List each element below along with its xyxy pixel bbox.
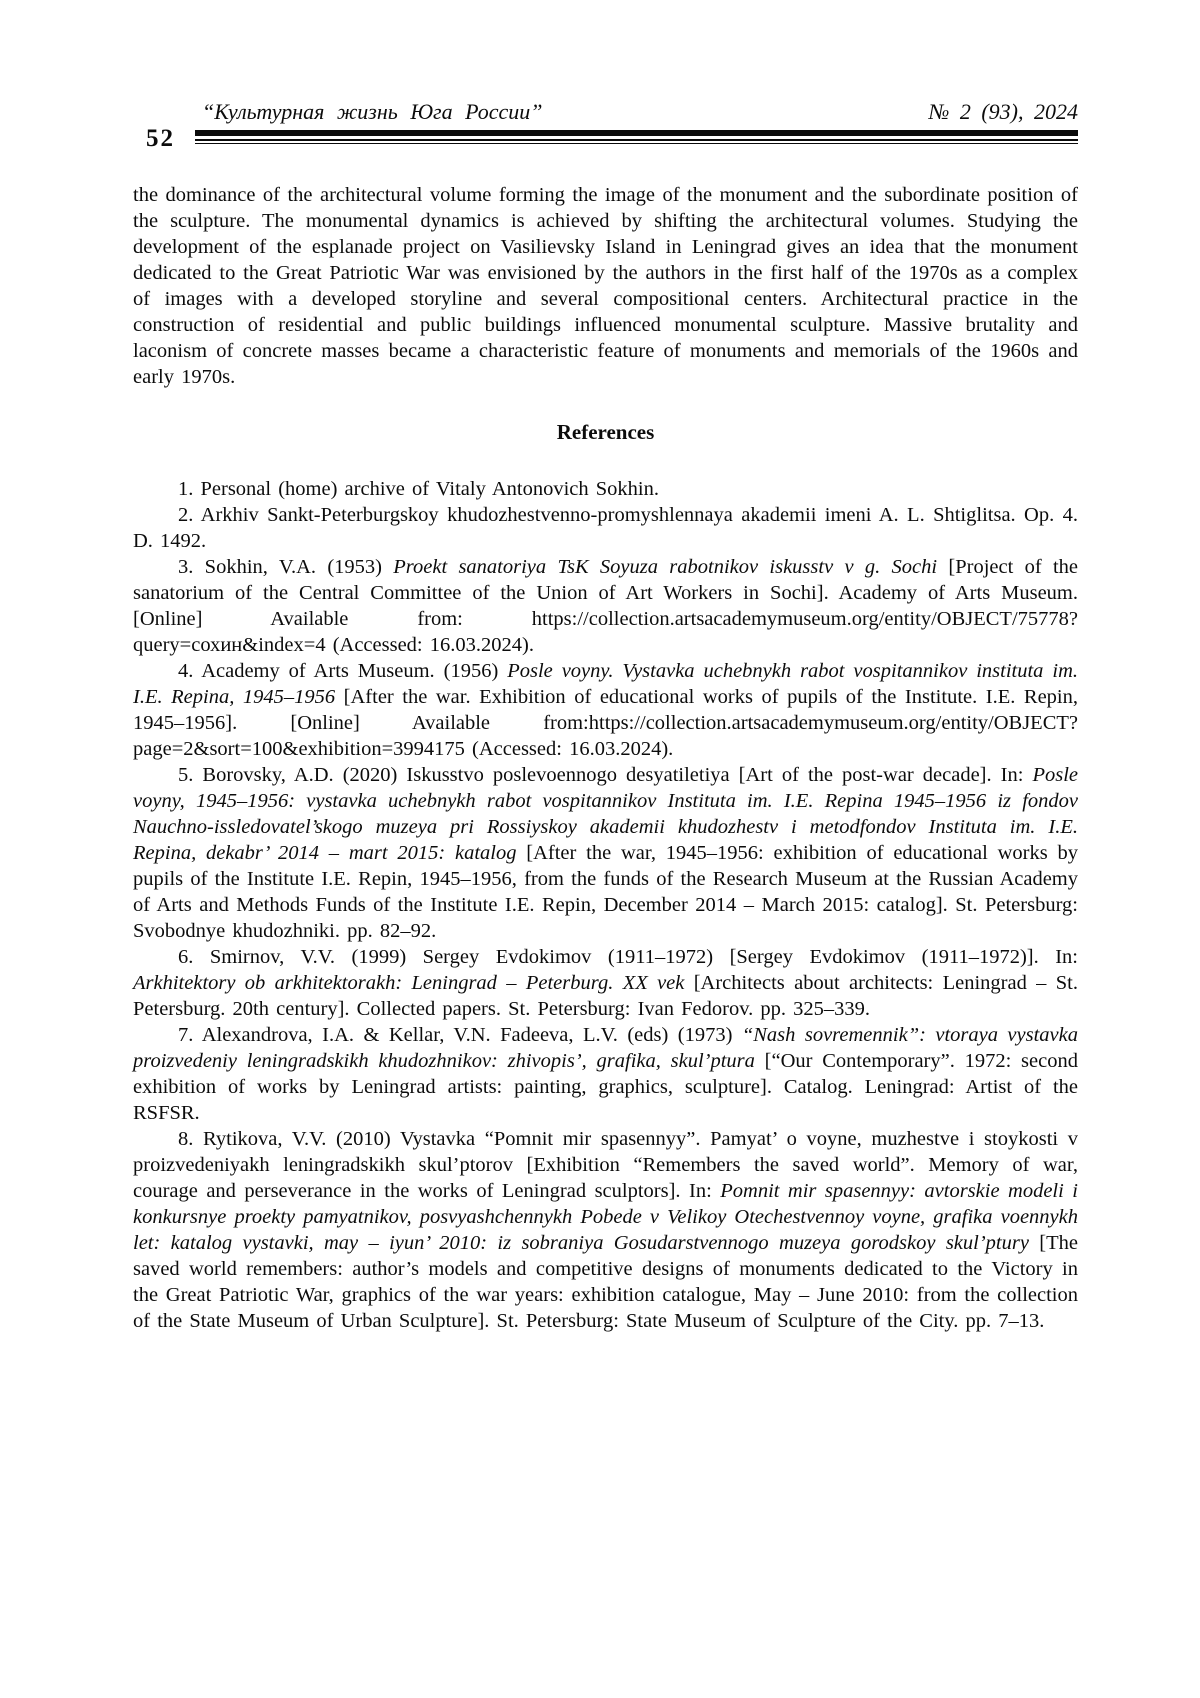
running-head-main: “Культурная жизнь Юга России” № 2 (93), … [195, 100, 1078, 144]
reference-item: 7. Alexandrova, I.A. & Kellar, V.N. Fade… [133, 1022, 1078, 1126]
reference-item: 5. Borovsky, A.D. (2020) Iskusstvo posle… [133, 762, 1078, 944]
journal-title: “Культурная жизнь Юга России” [195, 100, 543, 124]
reference-number: 2. [178, 504, 201, 526]
journal-page: 52 “Культурная жизнь Юга России” № 2 (93… [0, 0, 1200, 1698]
header-rules [195, 130, 1078, 144]
reference-number: 5. [178, 764, 202, 786]
reference-item: 3. Sokhin, V.A. (1953) Proekt sanatoriya… [133, 554, 1078, 658]
page-content: 52 “Культурная жизнь Юга России” № 2 (93… [133, 0, 1078, 1334]
header-rule-hairline [195, 143, 1078, 144]
reference-number: 7. [178, 1024, 202, 1046]
opening-paragraph: the dominance of the architectural volum… [133, 182, 1078, 390]
running-head: 52 “Культурная жизнь Юга России” № 2 (93… [133, 100, 1078, 151]
reference-number: 6. [178, 946, 210, 968]
reference-number: 3. [178, 556, 205, 578]
reference-title-italic: Proekt sanatoriya TsK Soyuza rabotnikov … [393, 556, 937, 578]
reference-number: 1. [178, 478, 201, 500]
reference-item: 8. Rytikova, V.V. (2010) Vystavka “Pomni… [133, 1126, 1078, 1334]
article-body: the dominance of the architectural volum… [133, 182, 1078, 1334]
reference-item: 1. Personal (home) archive of Vitaly Ant… [133, 476, 1078, 502]
reference-item: 2. Arkhiv Sankt-Peterburgskoy khudozhest… [133, 502, 1078, 554]
reference-text: Arkhiv Sankt-Peterburgskoy khudozhestven… [133, 504, 1078, 552]
reference-item: 6. Smirnov, V.V. (1999) Sergey Evdokimov… [133, 944, 1078, 1022]
reference-text: Smirnov, V.V. (1999) Sergey Evdokimov (1… [210, 946, 1078, 968]
header-rule-thin [195, 139, 1078, 141]
references-heading: References [133, 419, 1078, 445]
reference-text: Alexandrova, I.A. & Kellar, V.N. Fadeeva… [202, 1024, 742, 1046]
reference-text: Academy of Arts Museum. (1956) [201, 660, 507, 682]
reference-text: Borovsky, A.D. (2020) Iskusstvo poslevoe… [202, 764, 1032, 786]
reference-title-italic: Arkhitektory ob arkhitektorakh: Leningra… [133, 972, 684, 994]
reference-number: 8. [178, 1128, 203, 1150]
running-head-row: “Культурная жизнь Юга России” № 2 (93), … [195, 100, 1078, 124]
reference-item: 4. Academy of Arts Museum. (1956) Posle … [133, 658, 1078, 762]
reference-number: 4. [178, 660, 201, 682]
journal-issue: № 2 (93), 2024 [929, 100, 1078, 124]
reference-text: Sokhin, V.A. (1953) [205, 556, 394, 578]
reference-text: Personal (home) archive of Vitaly Antono… [201, 478, 659, 500]
references-list: 1. Personal (home) archive of Vitaly Ant… [133, 476, 1078, 1334]
page-number: 52 [133, 100, 195, 151]
header-rule-thick [195, 130, 1078, 136]
